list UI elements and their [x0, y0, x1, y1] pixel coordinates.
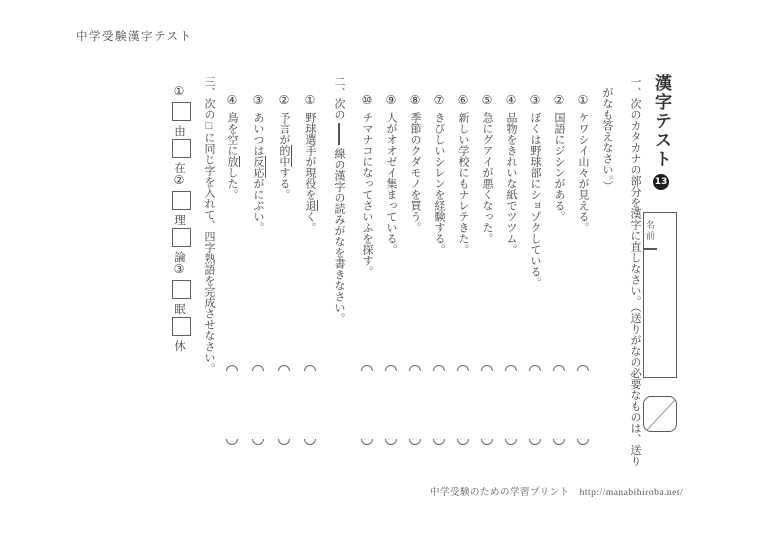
question-number: ⑧	[408, 93, 422, 107]
text-post: がにぶい。	[252, 178, 264, 233]
close-paren-icon	[577, 439, 589, 445]
underlined-word: 的中	[278, 145, 292, 167]
item-number: ①	[172, 84, 186, 98]
answer-space[interactable]	[577, 365, 589, 445]
idiom-char: 在	[173, 162, 185, 174]
answer-box[interactable]	[172, 102, 191, 121]
close-paren-icon	[409, 439, 421, 445]
answer-space[interactable]	[529, 365, 541, 445]
idiom-char: 論	[173, 251, 185, 263]
section1-question-8: ⑧季節のクダモノを買う。	[409, 76, 421, 478]
question-number: ①	[576, 93, 590, 107]
answer-box[interactable]	[172, 317, 191, 336]
close-paren-icon	[457, 439, 469, 445]
section1-instruction-line1: 一、次のカタカナの部分を漢字に直しなさい。（送りがなの必要なものは、送り	[629, 76, 640, 478]
open-paren-icon	[553, 365, 565, 371]
underlined-word: 放	[226, 156, 240, 167]
section1-question-1: ①ケワシイ山々が見える。	[577, 76, 589, 478]
open-paren-icon	[577, 365, 589, 371]
text-post: する。	[278, 167, 290, 200]
open-paren-icon	[278, 365, 290, 371]
title-text: 漢字テスト	[652, 74, 671, 169]
answer-space[interactable]	[457, 365, 469, 445]
section3-instruction: 三、次の□に同じ字を入れて、四字熟語を完成させなさい。	[203, 76, 214, 478]
underlined-word: 反応	[252, 156, 266, 178]
text-pre: 予言が	[278, 112, 290, 145]
question-number: ①	[303, 93, 317, 107]
open-paren-icon	[505, 365, 517, 371]
text-pre: 鳥を空に	[226, 112, 238, 156]
question-text: 予言が的中する。	[278, 112, 290, 200]
question-number: ③	[251, 93, 265, 107]
idiom-char: 休	[173, 340, 185, 352]
question-number: ②	[552, 93, 566, 107]
close-paren-icon	[505, 439, 517, 445]
question-text: ケワシイ山々が見える。	[577, 112, 589, 233]
answer-space[interactable]	[278, 365, 290, 445]
worksheet-page: 中学受験漢字テスト 漢字テスト13 名前 一、次のカタカナの部分を漢字に直しなさ…	[0, 0, 768, 542]
section1-instruction-line2: がなも答えなさい。）	[601, 76, 612, 478]
question-number: ②	[277, 93, 291, 107]
question-text: 品物をきれいな紙でツツム。	[505, 112, 517, 255]
answer-space[interactable]	[304, 365, 316, 445]
open-paren-icon	[252, 365, 264, 371]
open-paren-icon	[457, 365, 469, 371]
instruction-pre: 二、次の	[333, 76, 345, 120]
close-paren-icon	[433, 439, 445, 445]
section2-question-1: ①野球選手が現役を退く。	[304, 76, 316, 478]
page-footer: 中学受験のための学習プリントhttp://manabihiroba.net/	[430, 484, 683, 498]
answer-space[interactable]	[226, 365, 238, 445]
question-text: きびしいシレンを経験する。	[433, 112, 445, 255]
page-header: 中学受験漢字テスト	[76, 28, 193, 44]
item-number: ③	[172, 262, 186, 276]
section1-question-3: ③ぼくは野球部にショゾクしている。	[529, 76, 541, 478]
instruction-post: 線の漢字の読みがなを書きなさい。	[333, 148, 345, 324]
question-number: ④	[225, 93, 239, 107]
name-entry-area[interactable]	[644, 250, 676, 376]
question-text: 鳥を空に放した。	[226, 112, 238, 200]
open-paren-icon	[409, 365, 421, 371]
answer-space[interactable]	[385, 365, 397, 445]
question-number: ⑨	[384, 93, 398, 107]
question-text: 国語にジシンがある。	[553, 112, 565, 222]
score-box[interactable]	[643, 396, 677, 432]
answer-box[interactable]	[172, 139, 191, 158]
answer-space[interactable]	[252, 365, 264, 445]
section2-question-3: ③あいつは反応がにぶい。	[252, 76, 264, 478]
question-number: ⑦	[432, 93, 446, 107]
section2-question-2: ②予言が的中する。	[278, 76, 290, 478]
text-post: した。	[226, 167, 238, 200]
open-paren-icon	[481, 365, 493, 371]
question-number: ⑤	[480, 93, 494, 107]
underlined-word: 退	[304, 200, 318, 211]
question-text: 急にグアイが悪くなった。	[481, 112, 493, 244]
close-paren-icon	[304, 439, 316, 445]
underline-mark-icon	[338, 123, 340, 145]
idiom-char: 眠	[173, 303, 185, 315]
question-text: 人がオオゼイ集まっている。	[385, 112, 397, 255]
section3-answers: ①由在②理論③眠休	[172, 76, 191, 478]
footer-url[interactable]: http://manabihiroba.net/	[580, 488, 684, 498]
question-number: ⑥	[456, 93, 470, 107]
idiom-char: 由	[173, 125, 185, 137]
question-text: ぼくは野球部にショゾクしている。	[529, 112, 541, 288]
close-paren-icon	[481, 439, 493, 445]
diagonal-line-icon	[644, 397, 677, 432]
section1-question-10: ⑩チマナコになってさいふを探す。	[361, 76, 373, 478]
close-paren-icon	[529, 439, 541, 445]
section1-question-4: ④品物をきれいな紙でツツム。	[505, 76, 517, 478]
close-paren-icon	[553, 439, 565, 445]
answer-space[interactable]	[433, 365, 445, 445]
close-paren-icon	[252, 439, 264, 445]
title-number-badge: 13	[653, 174, 669, 190]
item-number: ②	[172, 173, 186, 187]
close-paren-icon	[361, 439, 373, 445]
worksheet-content: 一、次のカタカナの部分を漢字に直しなさい。（送りがなの必要なものは、送り がなも…	[96, 76, 640, 478]
question-text: 季節のクダモノを買う。	[409, 112, 421, 233]
open-paren-icon	[226, 365, 238, 371]
close-paren-icon	[385, 439, 397, 445]
idiom-char: 理	[173, 214, 185, 226]
open-paren-icon	[304, 365, 316, 371]
text-pre: あいつは	[252, 112, 264, 156]
question-text: チマナコになってさいふを探す。	[361, 112, 373, 277]
question-number: ⑩	[360, 93, 374, 107]
footer-text: 中学受験のための学習プリント	[430, 488, 570, 498]
section2-instruction: 二、次の線の漢字の読みがなを書きなさい。	[333, 76, 344, 478]
section1-question-5: ⑤急にグアイが悪くなった。	[481, 76, 493, 478]
name-label: 名前	[644, 213, 657, 250]
section1-question-9: ⑨人がオオゼイ集まっている。	[385, 76, 397, 478]
question-number: ④	[504, 93, 518, 107]
open-paren-icon	[385, 365, 397, 371]
answer-box[interactable]	[172, 228, 191, 247]
section1-question-7: ⑦きびしいシレンを経験する。	[433, 76, 445, 478]
worksheet-title: 漢字テスト13	[649, 74, 674, 190]
question-text: 野球選手が現役を退く。	[304, 112, 316, 233]
question-text: あいつは反応がにぶい。	[252, 112, 264, 233]
section1-question-6: ⑥新しい学校にもナレテきた。	[457, 76, 469, 478]
answer-box[interactable]	[172, 280, 191, 299]
answer-space[interactable]	[553, 365, 565, 445]
question-number: ③	[528, 93, 542, 107]
answer-space[interactable]	[409, 365, 421, 445]
name-box: 名前	[643, 212, 677, 378]
answer-box[interactable]	[172, 191, 191, 210]
answer-space[interactable]	[361, 365, 373, 445]
open-paren-icon	[529, 365, 541, 371]
question-text: 新しい学校にもナレテきた。	[457, 112, 469, 255]
text-pre: 野球選手が現役を	[304, 112, 316, 200]
answer-space[interactable]	[505, 365, 517, 445]
answer-space[interactable]	[481, 365, 493, 445]
section1-question-2: ②国語にジシンがある。	[553, 76, 565, 478]
close-paren-icon	[278, 439, 290, 445]
close-paren-icon	[226, 439, 238, 445]
section2-question-4: ④鳥を空に放した。	[226, 76, 238, 478]
text-post: く。	[304, 211, 316, 233]
open-paren-icon	[361, 365, 373, 371]
open-paren-icon	[433, 365, 445, 371]
